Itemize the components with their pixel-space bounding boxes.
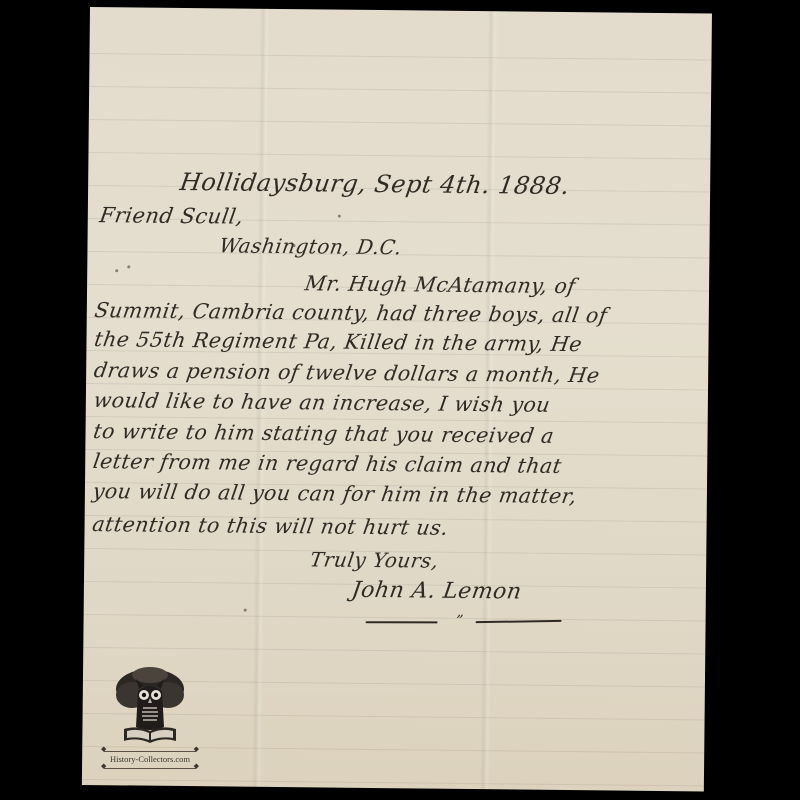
signature-flourish-left	[366, 621, 438, 623]
body-line: Mr. Hugh McAtamany, of	[303, 271, 577, 298]
ink-speck	[127, 265, 130, 268]
logo-divider-top	[104, 751, 196, 752]
logo-divider-bottom	[104, 768, 196, 769]
body-line: the 55th Regiment Pa, Killed in the army…	[93, 327, 584, 356]
recipient-location: Washington, D.C.	[218, 233, 404, 259]
body-line: would like to have an increase, I wish y…	[92, 388, 552, 417]
body-line: you will do all you can for him in the m…	[91, 479, 579, 508]
body-line: to write to him stating that you receive…	[92, 419, 556, 448]
owl-on-book-icon	[114, 665, 186, 745]
letter-closing: Truly Yours,	[308, 547, 440, 572]
letter-salutation: Friend Scull,	[98, 203, 245, 228]
letter-place-date: Hollidaysburg, Sept 4th. 1888.	[178, 168, 572, 200]
watermark-logo: History-Collectors.com	[100, 665, 200, 783]
body-line: letter from me in regard his claim and t…	[91, 449, 563, 478]
body-line: attention to this will not hurt us.	[91, 512, 450, 540]
watermark-text: History-Collectors.com	[100, 754, 200, 764]
ink-speck	[338, 215, 341, 218]
ink-speck	[115, 269, 118, 272]
letter-signature: John A. Lemon	[350, 578, 523, 605]
ink-speck	[244, 609, 247, 612]
